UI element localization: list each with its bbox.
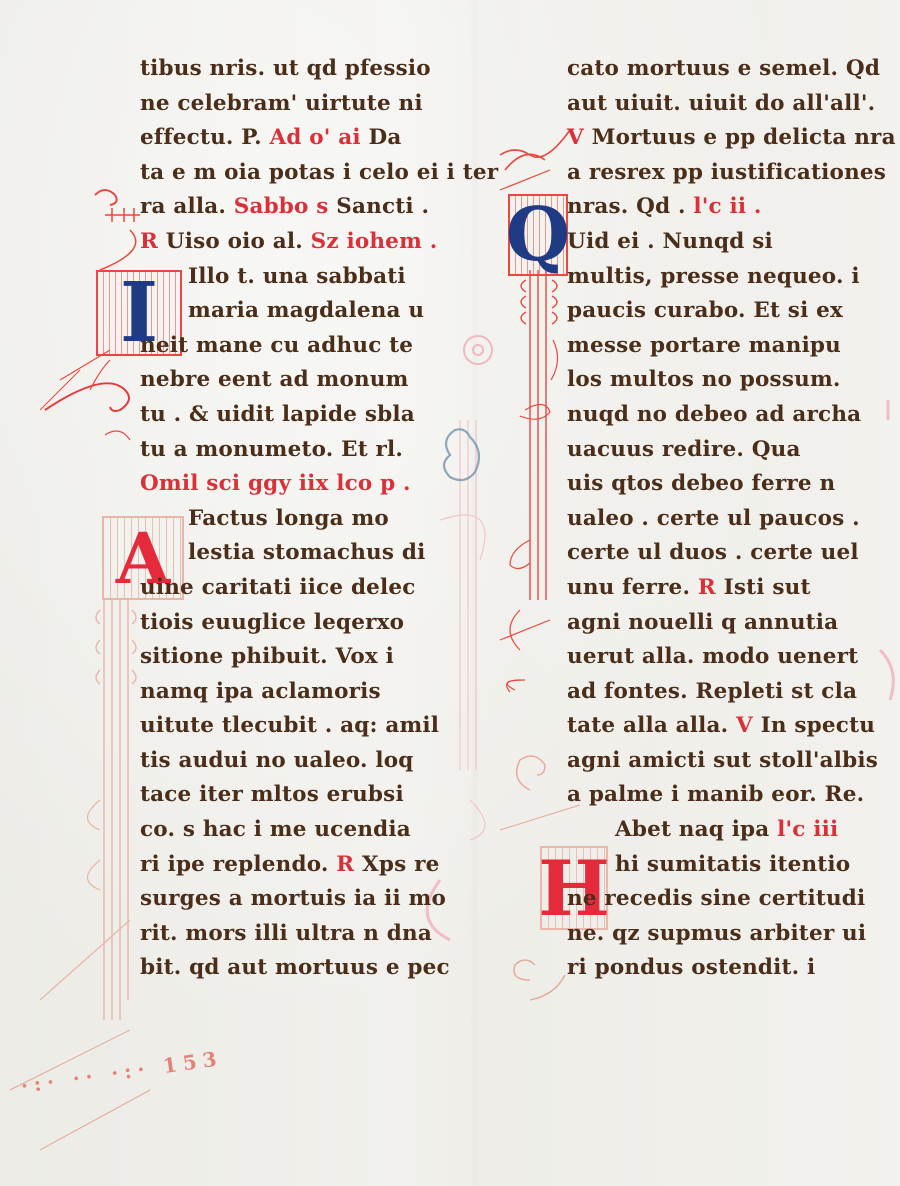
text-line: aut uiuit. uiuit do all'all'. (567, 87, 879, 122)
text-line: ne celebram' uirtute ni (140, 87, 440, 122)
text-line: Factus longa mo (140, 502, 440, 537)
text-line: ne. qz supmus arbiter ui (567, 917, 879, 952)
text-line: ta e m oia potas i celo ei i ter (140, 156, 440, 191)
text-line: ad fontes. Repleti st cla (567, 675, 879, 710)
text-line: nuqd no debeo ad archa (567, 398, 879, 433)
text-segment: unu ferre. (567, 575, 698, 600)
text-line: paucis curabo. Et si ex (567, 294, 879, 329)
text-line: certe ul duos . certe uel (567, 536, 879, 571)
text-line: effectu. P. Ad o' ai Da (140, 121, 440, 156)
text-line: messe portare manipu (567, 329, 879, 364)
text-segment: tate alla alla. (567, 713, 736, 738)
text-line: tis audui no ualeo. loq (140, 744, 440, 779)
rubric-segment: Ad o' ai (269, 125, 368, 150)
manuscript-page: I A Q H tibus nris. ut qd pfessio ne cel… (0, 0, 900, 1186)
rubric-segment: V (736, 713, 761, 738)
text-line: ri pondus ostendit. i (567, 951, 879, 986)
text-line: tu a monumeto. Et rl. (140, 433, 440, 468)
right-text-column: cato mortuus e semel. Qd aut uiuit. uiui… (567, 52, 879, 986)
text-line: a palme i manib eor. Re. (567, 778, 879, 813)
text-line: nras. Qd . l'c ii . (567, 190, 879, 225)
text-segment: Mortuus e pp delicta nra (592, 125, 896, 150)
text-segment: Sancti . (336, 194, 429, 219)
text-segment: In spectu (761, 713, 875, 738)
text-line: Abet naq ipa l'c iii (567, 813, 879, 848)
text-line: uis qtos debeo ferre n (567, 467, 879, 502)
text-line: cato mortuus e semel. Qd (567, 52, 879, 87)
rubric-segment: R (698, 575, 724, 600)
rubric-segment: Sabbo (234, 194, 317, 219)
initial-letter-q: Q (508, 194, 568, 276)
rubric-segment: l'c iii (777, 817, 838, 842)
text-line: uitute tlecubit . aq: amil (140, 709, 440, 744)
text-line: tibus nris. ut qd pfessio (140, 52, 440, 87)
text-line: tate alla alla. V In spectu (567, 709, 879, 744)
rubric-segment: Sz iohem . (311, 229, 438, 254)
text-line: bit. qd aut mortuus e pec (140, 951, 440, 986)
text-line: ri ipe replendo. R Xps re (140, 848, 440, 883)
text-line: namq ipa aclamoris (140, 675, 440, 710)
text-line: unu ferre. R Isti sut (567, 571, 879, 606)
text-segment: ra alla. (140, 194, 234, 219)
text-line: neit mane cu adhuc te (140, 329, 440, 364)
text-segment: Uiso oio al. (166, 229, 311, 254)
text-line: ualeo . certe ul paucos . (567, 502, 879, 537)
text-line: ne recedis sine certitudi (567, 882, 879, 917)
text-line: tu . & uidit lapide sbla (140, 398, 440, 433)
margin-annotation: ·:· ·· ·:· 153 (19, 1046, 224, 1098)
text-line: hi sumitatis itentio (567, 848, 879, 883)
text-segment: effectu. P. (140, 125, 269, 150)
rubric-segment: R (140, 229, 166, 254)
text-line: multis, presse nequeo. i (567, 260, 879, 295)
text-line: rit. mors illi ultra n dna (140, 917, 440, 952)
rubric-heading-line: Omil sci ggy iix lco p . (140, 467, 440, 502)
rubric-segment: R (336, 852, 362, 877)
text-line: maria magdalena u (140, 294, 440, 329)
text-segment: Xps re (362, 852, 440, 877)
text-line: co. s hac i me ucendia (140, 813, 440, 848)
text-segment: nras. Qd . (567, 194, 693, 219)
rubric-segment: l'c ii . (693, 194, 761, 219)
text-segment: Isti sut (724, 575, 811, 600)
text-line: uerut alla. modo uenert (567, 640, 879, 675)
text-line: Uid ei . Nunqd si (567, 225, 879, 260)
text-line: agni nouelli q annutia (567, 606, 879, 641)
text-line: lestia stomachus di (140, 536, 440, 571)
text-line: ra alla. Sabbo s Sancti . (140, 190, 440, 225)
rubric-segment: V (567, 125, 592, 150)
rubric-segment: s (316, 194, 336, 219)
text-line: uine caritati iice delec (140, 571, 440, 606)
text-line: uacuus redire. Qua (567, 433, 879, 468)
text-line: agni amicti sut stoll'albis (567, 744, 879, 779)
text-segment: ri ipe replendo. (140, 852, 336, 877)
text-line: sitione phibuit. Vox i (140, 640, 440, 675)
text-line: surges a mortuis ia ii mo (140, 882, 440, 917)
text-segment: Da (368, 125, 401, 150)
text-line: R Uiso oio al. Sz iohem . (140, 225, 440, 260)
text-line: a resrex pp iustificationes (567, 156, 879, 191)
text-line: tace iter mltos erubsi (140, 778, 440, 813)
left-text-column: tibus nris. ut qd pfessio ne celebram' u… (140, 52, 440, 986)
text-line: los multos no possum. (567, 363, 879, 398)
text-line: Illo t. una sabbati (140, 260, 440, 295)
text-line: nebre eent ad monum (140, 363, 440, 398)
text-segment: Abet naq ipa (615, 817, 777, 842)
text-line: tiois euuglice leqerxo (140, 606, 440, 641)
text-line: V Mortuus e pp delicta nra (567, 121, 879, 156)
